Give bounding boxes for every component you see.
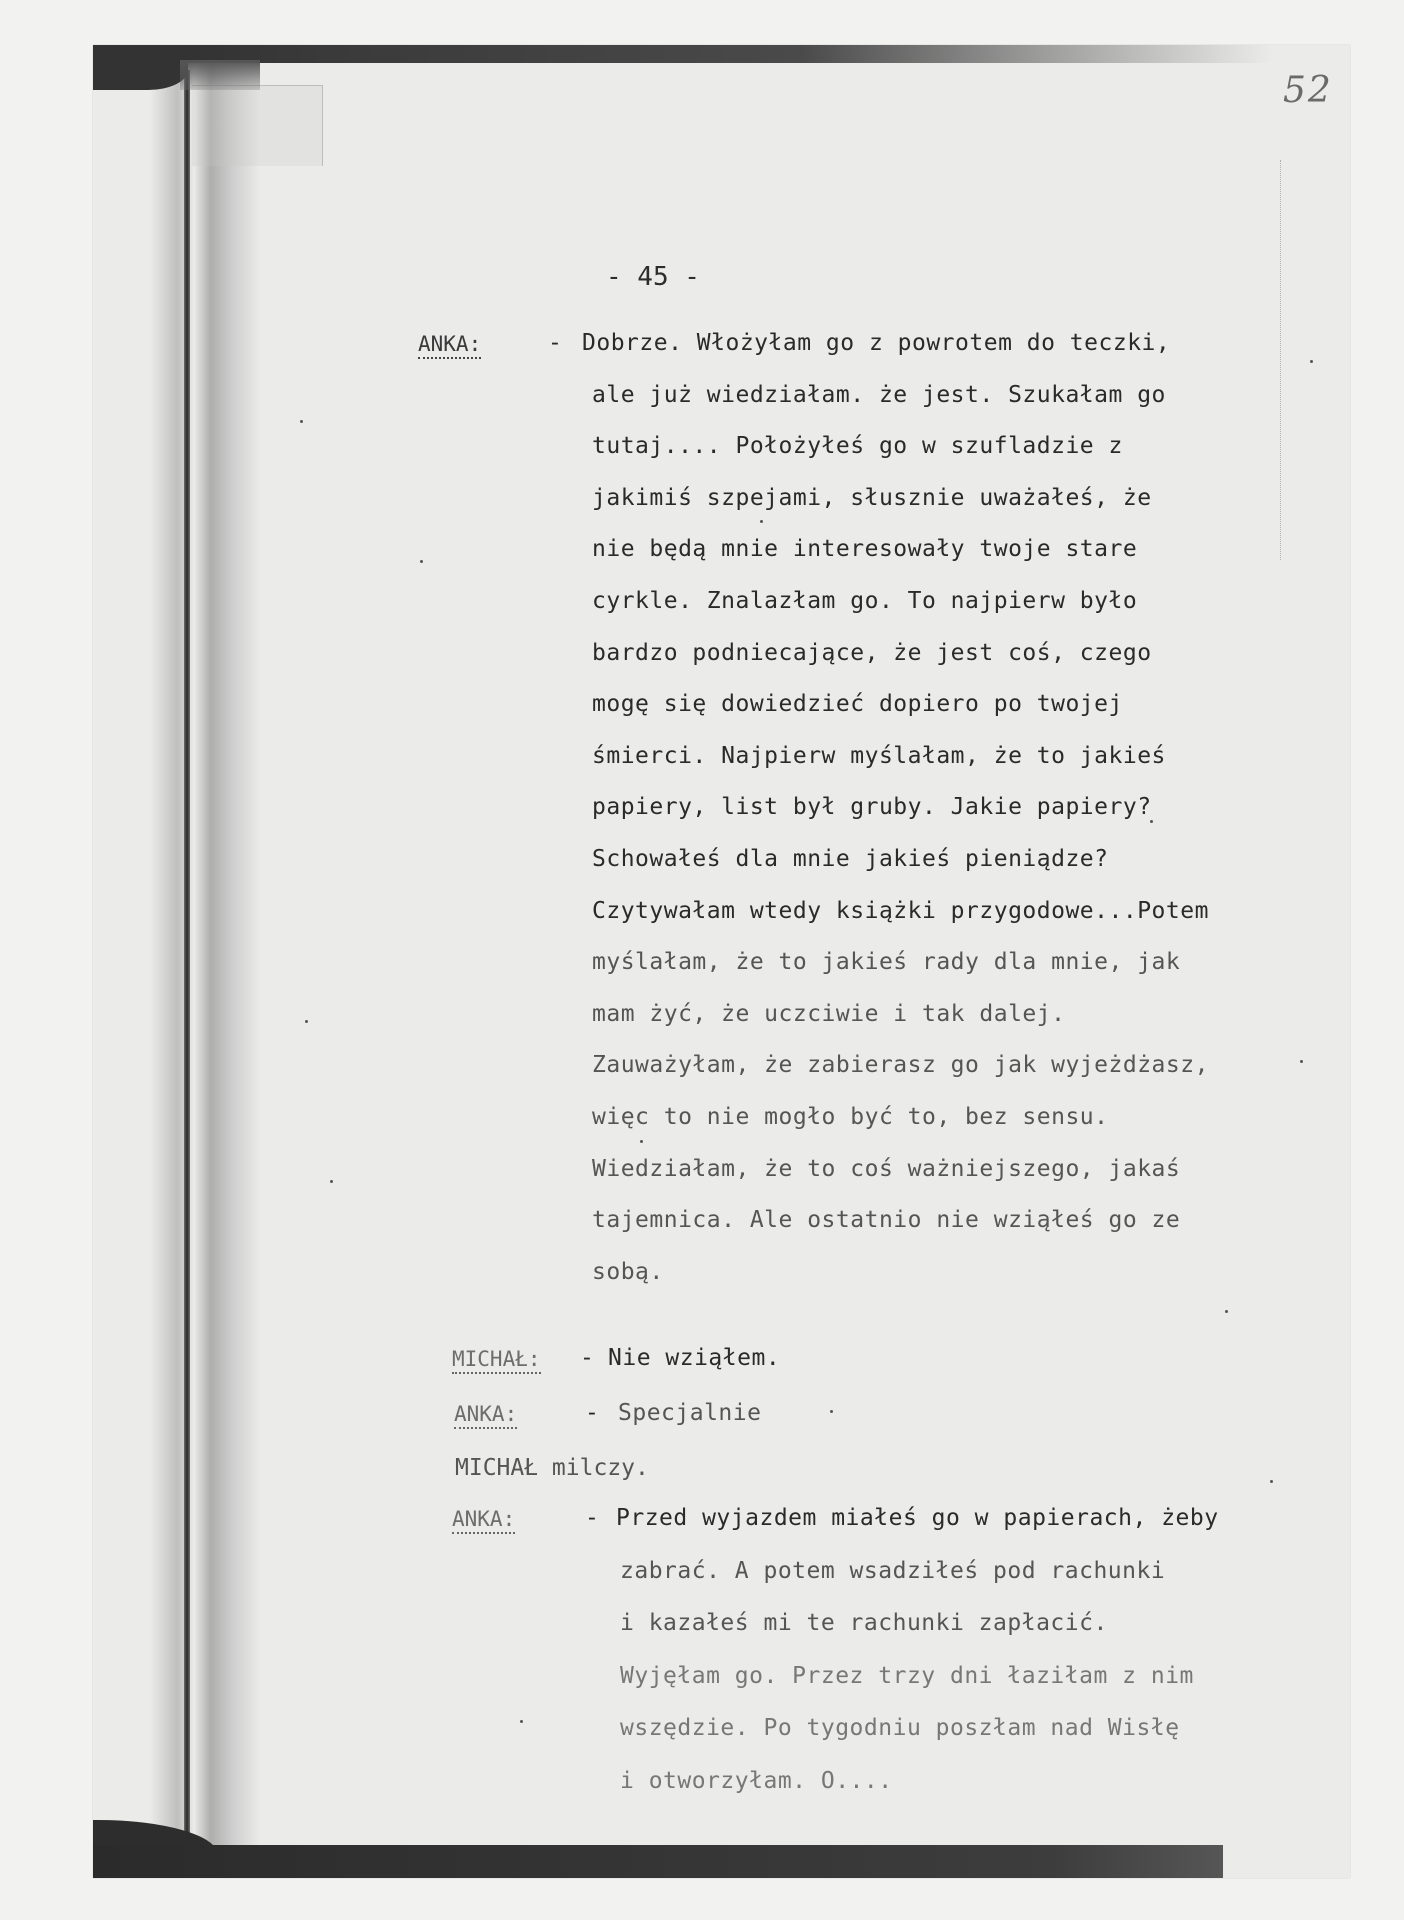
dialogue-line: Wiedziałam, że to coś ważniejszego, jaka…: [592, 1156, 1180, 1182]
dialogue-line: nie będą mnie interesowały twoje stare: [592, 536, 1137, 562]
dialogue-line: śmierci. Najpierw myślałam, że to jakieś: [592, 743, 1166, 769]
stage-direction: MICHAŁ milczy.: [455, 1455, 649, 1481]
dialogue-line: Nie wziąłem.: [608, 1345, 780, 1371]
copier-shadow-top: [93, 45, 1273, 63]
dialogue-line: Schowałeś dla mnie jakieś pieniądze?: [592, 846, 1109, 872]
typed-page-number: - 45 -: [606, 262, 700, 292]
dialogue-line: Przed wyjazdem miałeś go w papierach, że…: [616, 1505, 1219, 1531]
dialogue-line: tajemnica. Ale ostatnio nie wziąłeś go z…: [592, 1207, 1180, 1233]
dialogue-line: sobą.: [592, 1259, 664, 1285]
copier-speck: [520, 1720, 523, 1723]
dialogue-line: Specjalnie: [618, 1400, 761, 1426]
dialogue-line: ale już wiedziałam. że jest. Szukałam go: [592, 382, 1166, 408]
page-fold-shadow: [180, 60, 260, 90]
copier-speck: [305, 1020, 308, 1023]
margin-noise: [1280, 160, 1283, 560]
copier-speck: [420, 560, 423, 563]
speaker-label: MICHAŁ:: [452, 1347, 541, 1374]
dialogue-line: Zauważyłam, że zabierasz go jak wyjeżdża…: [592, 1052, 1209, 1078]
speaker-label: ANKA:: [452, 1507, 515, 1534]
binding-shadow: [150, 60, 260, 1870]
copier-speck: [830, 1410, 833, 1413]
dialogue-line: i kazałeś mi te rachunki zapłacić.: [620, 1610, 1108, 1636]
dialogue-line: Dobrze. Włożyłam go z powrotem do teczki…: [582, 330, 1170, 356]
dialogue-line: jakimiś szpejami, słusznie uważałeś, że: [592, 485, 1152, 511]
copier-speck: [300, 420, 303, 423]
dialogue-line: więc to nie mogło być to, bez sensu.: [592, 1104, 1109, 1130]
copier-speck: [1310, 360, 1313, 363]
handwritten-page-number: 52: [1283, 70, 1333, 111]
dialogue-line: i otworzyłam. O....: [620, 1768, 893, 1794]
copier-speck: [1270, 1480, 1273, 1483]
dialogue-dash: -: [548, 330, 562, 356]
dialogue-line: mogę się dowiedzieć dopiero po twojej: [592, 691, 1123, 717]
copier-speck: [1300, 1060, 1303, 1063]
copier-speck: [1150, 820, 1153, 823]
dialogue-line: Czytywałam wtedy książki przygodowe...Po…: [592, 898, 1209, 924]
copier-shadow-bottom: [93, 1845, 1223, 1878]
dialogue-line: myślałam, że to jakieś rady dla mnie, ja…: [592, 949, 1180, 975]
copier-shadow-corner: [93, 45, 188, 90]
dialogue-dash: -: [580, 1345, 594, 1371]
speaker-label: ANKA:: [454, 1402, 517, 1429]
dialogue-line: mam żyć, że uczciwie i tak dalej.: [592, 1001, 1065, 1027]
dialogue-line: wszędzie. Po tygodniu poszłam nad Wisłę: [620, 1715, 1180, 1741]
dialogue-dash: -: [585, 1400, 599, 1426]
dialogue-line: cyrkle. Znalazłam go. To najpierw było: [592, 588, 1137, 614]
dialogue-line: papiery, list był gruby. Jakie papiery?: [592, 794, 1152, 820]
copier-speck: [640, 1140, 643, 1143]
speaker-label: ANKA:: [418, 332, 481, 359]
dialogue-line: tutaj.... Położyłeś go w szufladzie z: [592, 433, 1123, 459]
dialogue-dash: -: [585, 1505, 599, 1531]
dialogue-line: Wyjęłam go. Przez trzy dni łaziłam z nim: [620, 1663, 1194, 1689]
dialogue-line: bardzo podniecające, że jest coś, czego: [592, 640, 1152, 666]
copier-speck: [1225, 1310, 1228, 1313]
dialogue-line: zabrać. A potem wsadziłeś pod rachunki: [620, 1558, 1165, 1584]
copier-speck: [330, 1180, 333, 1183]
binding-edge-line: [184, 70, 190, 1870]
inner-page-corner: [192, 85, 323, 166]
copier-speck: [760, 520, 763, 523]
